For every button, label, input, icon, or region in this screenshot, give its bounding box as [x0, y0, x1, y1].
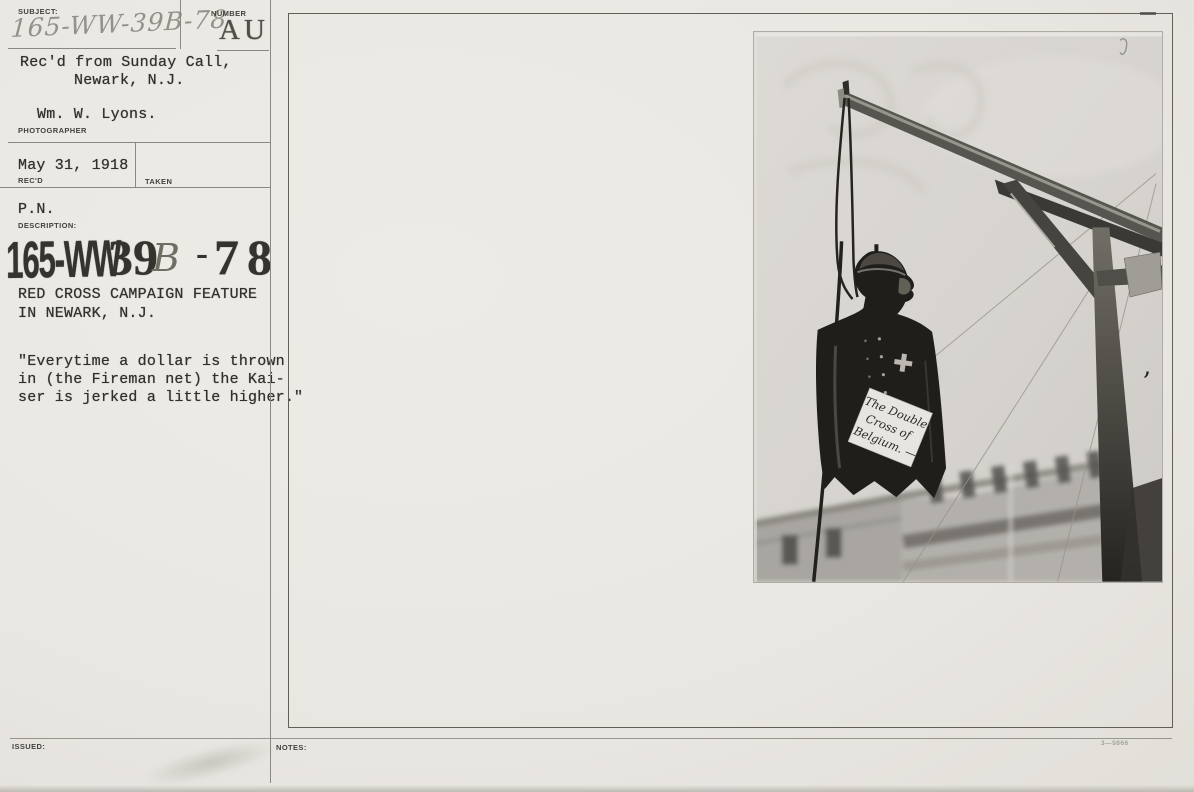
- photograph-kaiser-effigy: The Double Cross of Belgium. — ,: [753, 31, 1163, 583]
- taken-label: TAKEN: [145, 177, 172, 186]
- taken-cell-divider: [135, 142, 136, 187]
- date-received-value: May 31, 1918: [18, 157, 128, 174]
- caption-line3: ser is jerked a little higher.": [18, 389, 303, 406]
- received-from-line1: Rec'd from Sunday Call,: [20, 54, 232, 71]
- received-label: REC'D: [18, 176, 43, 185]
- reference-number-stamp: 165-WW 39 B - 78: [6, 228, 276, 276]
- post-cleat-block: [1124, 252, 1162, 297]
- stamp-number: 39: [108, 228, 158, 286]
- number-cell-divider: [180, 0, 181, 49]
- border-ink-speck: [1140, 12, 1156, 15]
- archive-card-scan: SUBJECT: 165-WW-39B-78 NUMBER AU Rec'd f…: [0, 0, 1194, 792]
- number-underline: [217, 50, 269, 51]
- received-from-line2: Newark, N.J.: [74, 72, 184, 89]
- caption-line2: in (the Fireman net) the Kai-: [18, 371, 285, 388]
- photographer-value: Wm. W. Lyons.: [37, 106, 157, 123]
- pn-value: P.N.: [18, 201, 55, 218]
- description-line2: IN NEWARK, N.J.: [18, 305, 156, 322]
- issued-label: ISSUED:: [12, 742, 45, 751]
- photo-top-margin: [754, 32, 1162, 36]
- dates-underline: [0, 187, 271, 188]
- notes-label: NOTES:: [276, 743, 307, 752]
- caption-line1: "Everytime a dollar is thrown: [18, 353, 285, 370]
- pencil-smudge: [138, 732, 281, 792]
- stamp-prefix: 165-WW: [6, 229, 121, 291]
- issued-rule: [10, 738, 1172, 739]
- photo-left-margin: [754, 32, 757, 581]
- description-line1: RED CROSS CAMPAIGN FEATURE: [18, 286, 257, 303]
- column-divider-rule: [270, 0, 271, 783]
- stamp-dash: -: [196, 232, 208, 274]
- comma-ink-mark: ,: [1143, 352, 1151, 382]
- stamp-suffix-letter: B: [152, 236, 180, 280]
- scan-edge-shadow: [0, 785, 1194, 792]
- photographer-label: PHOTOGRAPHER: [18, 126, 87, 135]
- form-number: 3—9866: [1101, 740, 1129, 747]
- number-stamp-value: AU: [219, 14, 269, 47]
- photo-illustration: The Double Cross of Belgium. — ,: [754, 32, 1162, 582]
- photographer-underline: [8, 142, 270, 143]
- subject-underline: [8, 48, 176, 49]
